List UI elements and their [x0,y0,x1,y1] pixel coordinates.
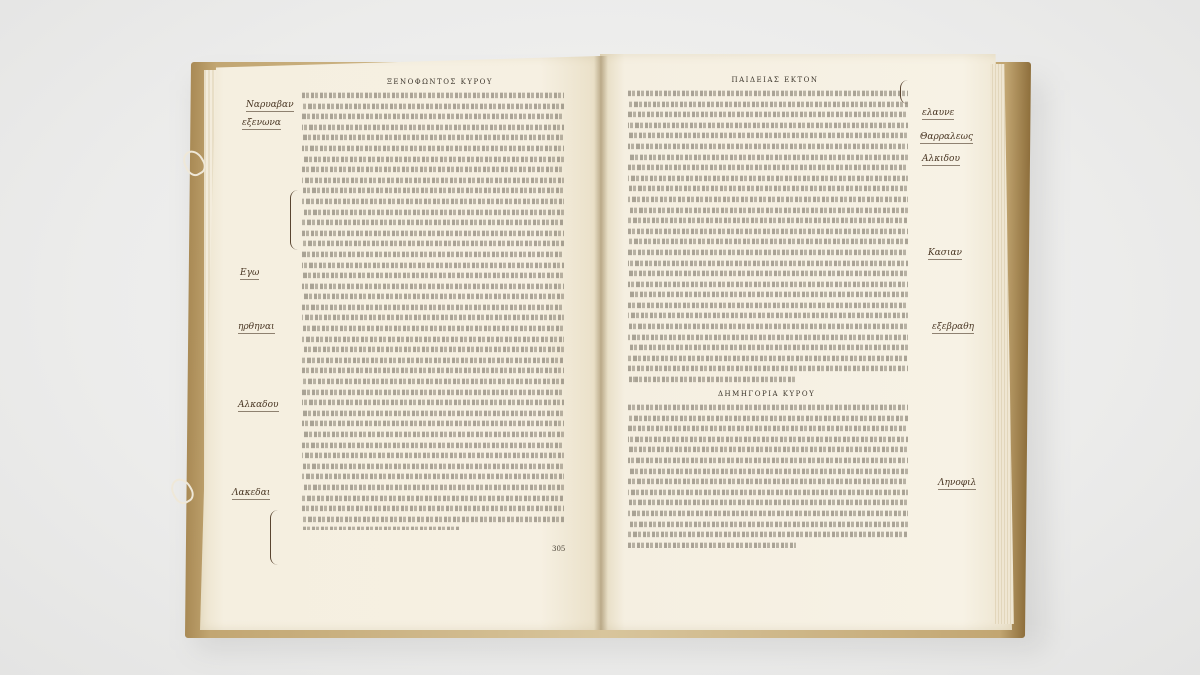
text-line [302,421,564,426]
right-text-block-bottom [628,402,908,548]
text-line [628,281,908,286]
text-line [628,355,908,360]
text-line [302,167,564,172]
text-line [628,165,908,170]
text-line [302,347,564,352]
text-line [302,315,564,320]
text-line [628,366,908,371]
text-line [628,532,908,537]
text-line [628,542,796,547]
text-line [628,133,908,138]
text-line [628,426,908,431]
right-text-block-top [628,88,908,388]
text-line [628,468,908,473]
text-line [302,93,564,98]
left-running-head: ΞΕΝΟΦΩΝΤΟΣ ΚΥΡΟΥ [300,78,580,86]
text-line [628,112,908,117]
text-line [628,207,908,212]
margin-annotation: Ληνοφιλ [938,478,976,490]
text-line [302,103,564,108]
text-line [628,260,908,265]
text-line [302,177,564,182]
text-line [628,377,796,382]
text-line [628,511,908,516]
text-line [302,262,564,267]
text-line [628,303,908,308]
text-line [302,326,564,331]
text-line [628,122,908,127]
text-line [628,186,908,191]
text-line [628,250,908,255]
left-text-block [302,90,564,530]
margin-annotation: εξενωνα [242,118,281,130]
text-line [628,144,908,149]
text-line [302,241,564,246]
margin-annotation: ηρθηναι [238,322,275,334]
text-line [302,114,564,119]
text-line [302,453,564,458]
text-line [302,209,564,214]
text-line [302,336,564,341]
text-line [302,495,564,500]
text-line [302,506,564,511]
margin-annotation: Θαρραλεως [920,132,973,144]
text-line [628,313,908,318]
text-line [628,175,908,180]
text-line [628,405,908,410]
text-line [302,199,564,204]
text-line [628,479,908,484]
text-line [628,271,908,276]
text-line [302,442,564,447]
text-line [628,91,908,96]
margin-annotation: Κασιαν [928,248,962,260]
text-line [302,400,564,405]
text-line [302,230,564,235]
text-line [628,345,908,350]
text-line [628,197,908,202]
text-line [628,228,908,233]
margin-bracket [290,190,301,250]
gutter-shadow [594,56,608,630]
text-line [302,410,564,415]
text-line [628,500,908,505]
text-line [628,334,908,339]
text-line [628,489,908,494]
text-line [302,273,564,278]
text-line [302,156,564,161]
text-line [302,294,564,299]
text-line [628,447,908,452]
text-line [628,458,908,463]
text-line [628,292,908,297]
margin-annotation: Λακεδαι [232,488,270,500]
text-line [628,415,908,420]
margin-annotation: Αλκιδου [922,154,960,166]
text-line [302,463,564,468]
text-line [302,485,564,490]
text-line [628,239,908,244]
text-line [302,252,564,257]
text-line [302,146,564,151]
text-line [302,379,564,384]
margin-bracket [270,510,281,565]
text-line [302,283,564,288]
text-line [302,220,564,225]
text-line [302,516,564,521]
text-line [302,135,564,140]
text-line [628,436,908,441]
text-line [302,368,564,373]
margin-annotation: Εγω [240,268,259,280]
text-line [302,432,564,437]
right-running-head: ΠΑΙΔΕΙΑΣ ΕΚΤΟΝ [640,76,910,84]
right-section-heading: ΔΗΜΗΓΟΡΙΑ ΚΥΡΟΥ [718,390,815,398]
text-line [628,521,908,526]
text-line [302,188,564,193]
margin-annotation: εξεβραθη [932,322,974,334]
text-line [628,218,908,223]
margin-bracket [900,80,911,104]
margin-annotation: ελαυνε [922,108,954,120]
text-line [628,101,908,106]
text-line [302,389,564,394]
text-line [302,124,564,129]
text-line [628,324,908,329]
text-line [302,527,459,530]
margin-annotation: Ναρυαβαν [246,100,294,112]
text-line [628,154,908,159]
margin-annotation: Αλκαδου [238,400,279,412]
text-line [302,474,564,479]
text-line [302,357,564,362]
left-page-number: 305 [552,545,565,553]
text-line [302,305,564,310]
